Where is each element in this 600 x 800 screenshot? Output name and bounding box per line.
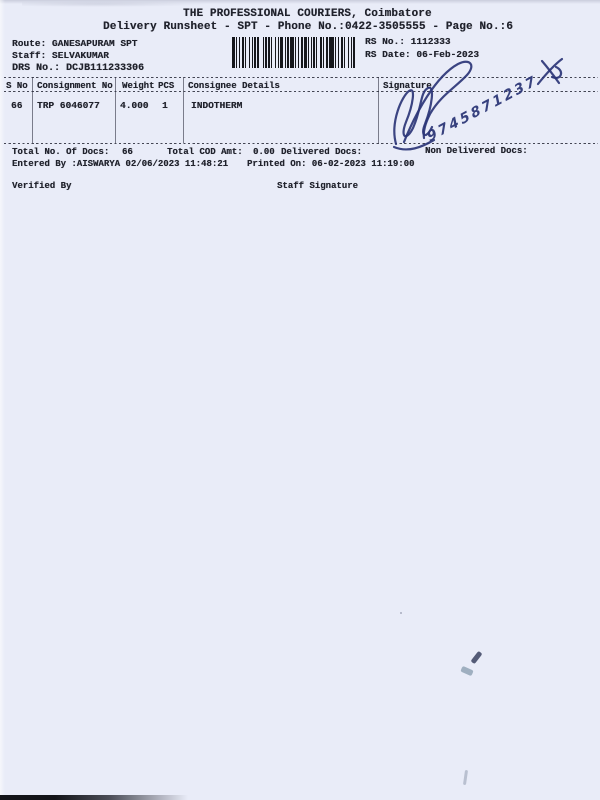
col-header-pcs: PCS [158, 81, 174, 91]
staff-line: Staff: SELVAKUMAR [12, 51, 109, 62]
drs-line: DRS No.: DCJB111233306 [12, 63, 144, 74]
non-delivered-docs-label: Non Delivered Docs: [425, 146, 528, 156]
total-docs-value: 66 [122, 147, 133, 157]
handwritten-phone-number: 9745871237 [425, 73, 540, 146]
scan-left-edge-highlight [0, 0, 5, 800]
scan-smudge [22, 1, 212, 7]
table-column-rule-1 [32, 77, 33, 143]
entered-by-line: Entered By :AISWARYA 02/06/2023 11:48:21 [12, 159, 228, 169]
route-line: Route: GANESAPURAM SPT [12, 39, 137, 50]
staff-value: SELVAKUMAR [52, 50, 109, 61]
rs-no-line: RS No.: 1112333 [365, 37, 451, 48]
route-value: GANESAPURAM SPT [52, 38, 138, 49]
scan-bottom-edge-bar [0, 795, 190, 800]
table-bottom-rule [4, 143, 598, 144]
cell-sno: 66 [11, 101, 22, 112]
rs-date-line: RS Date: 06-Feb-2023 [365, 50, 479, 61]
route-label: Route: [12, 38, 46, 49]
cell-consignment: TRP 6046077 [37, 101, 100, 112]
cell-pcs: 1 [162, 101, 168, 112]
scan-speck [460, 666, 473, 676]
table-top-rule [4, 77, 598, 78]
printed-on-line: Printed On: 06-02-2023 11:19:00 [247, 159, 414, 169]
delivered-docs-label: Delivered Docs: [281, 147, 362, 157]
col-header-weight: Weight [122, 81, 154, 91]
rs-barcode [232, 37, 355, 68]
scanned-delivery-runsheet-page: THE PROFESSIONAL COURIERS, Coimbatore De… [0, 0, 600, 800]
rs-no-value: 1112333 [411, 36, 451, 47]
page-subtitle: Delivery Runsheet - SPT - Phone No.:0422… [103, 21, 513, 33]
rs-date-label: RS Date: [365, 49, 411, 60]
table-column-rule-3 [183, 77, 184, 143]
scan-speck [400, 612, 402, 614]
scan-speck [463, 770, 468, 785]
table-column-rule-2 [115, 77, 116, 143]
verified-by-label: Verified By [12, 181, 71, 191]
col-header-consignment: Consignment No [37, 81, 113, 91]
cell-consignee: INDOTHERM [191, 101, 242, 112]
rs-no-label: RS No.: [365, 36, 405, 47]
cell-weight: 4.000 [120, 101, 149, 112]
drs-label: DRS No.: [12, 63, 60, 74]
col-header-sno: S No [6, 81, 28, 91]
total-cod-label: Total COD Amt: [167, 147, 243, 157]
scan-speck [471, 651, 483, 664]
col-header-consignee: Consignee Details [188, 81, 280, 91]
staff-signature-label: Staff Signature [277, 181, 358, 191]
page-title: THE PROFESSIONAL COURIERS, Coimbatore [183, 8, 432, 20]
drs-value: DCJB111233306 [66, 63, 144, 74]
col-header-signature: Signature [383, 81, 432, 91]
table-column-rule-4 [378, 77, 379, 143]
total-cod-value: 0.00 [253, 147, 275, 157]
staff-label: Staff: [12, 50, 46, 61]
total-docs-label: Total No. Of Docs: [12, 147, 109, 157]
rs-date-value: 06-Feb-2023 [416, 49, 479, 60]
